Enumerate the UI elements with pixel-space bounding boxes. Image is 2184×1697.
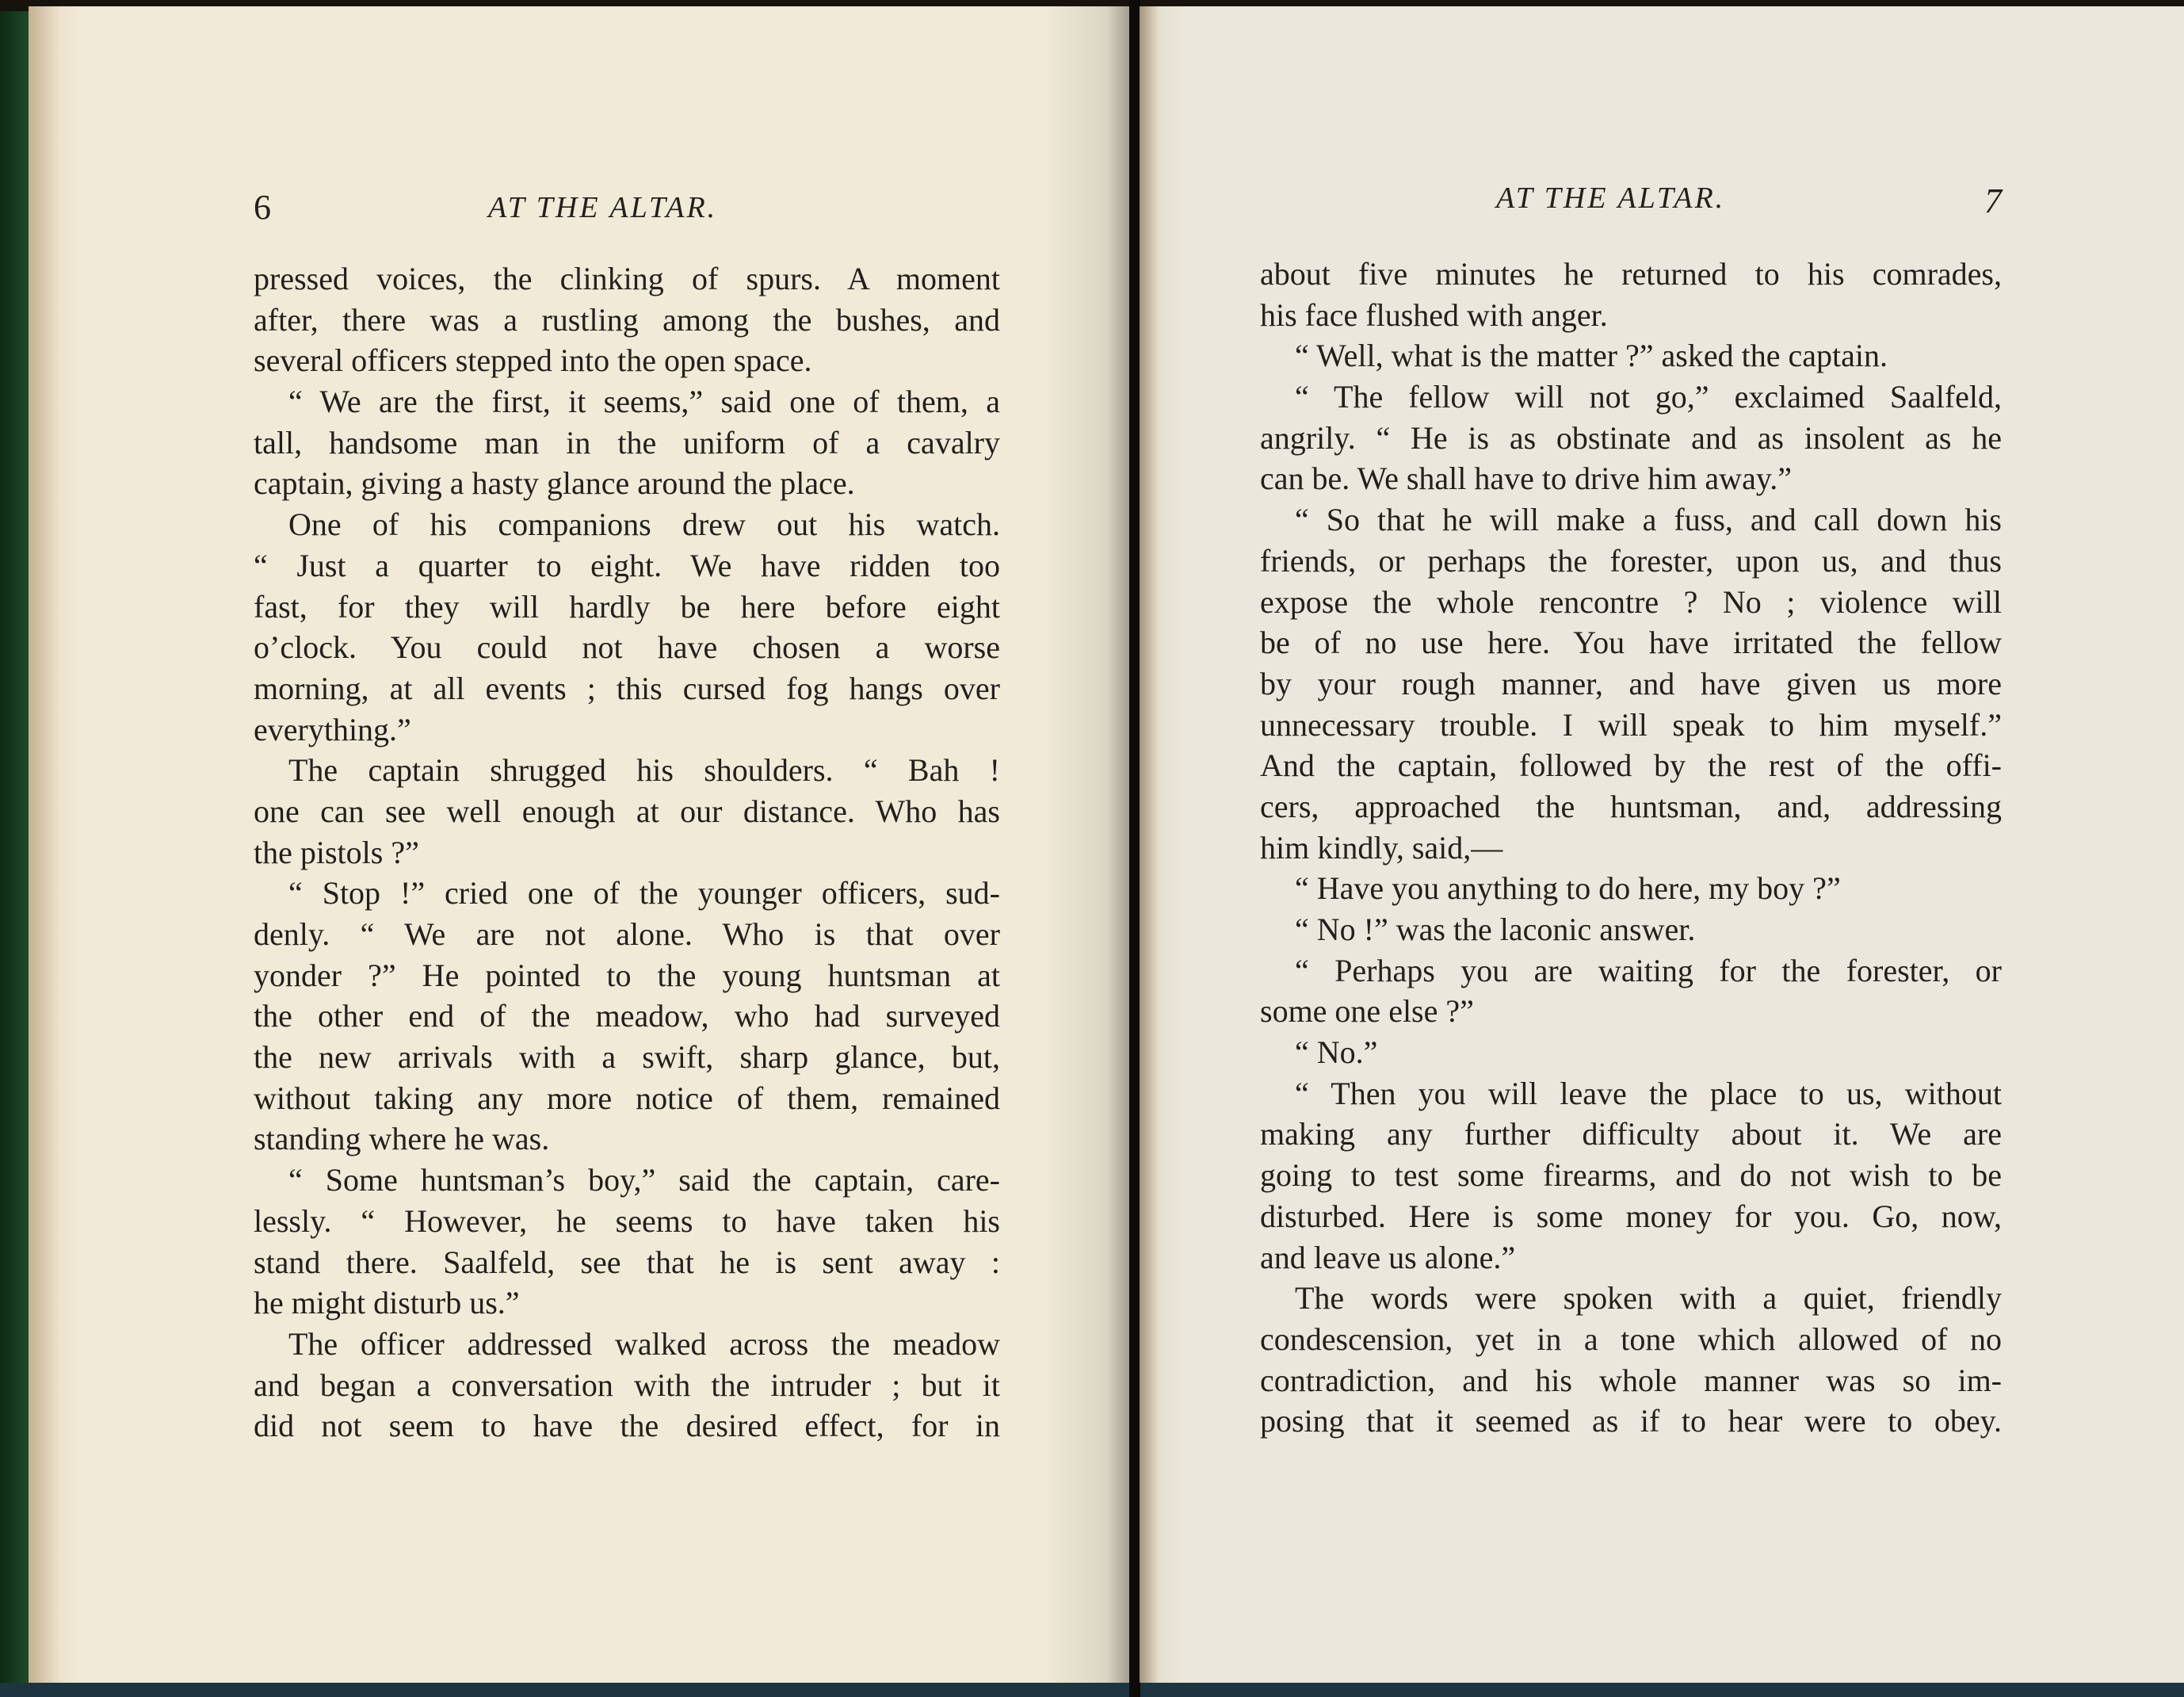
text-line: expose the whole rencontre ? No ; violen… xyxy=(1260,582,2002,623)
text-line: making any further difficulty about it. … xyxy=(1260,1114,2002,1155)
running-head-right: AT THE ALTAR. xyxy=(1496,181,1725,216)
text-line: and leave us alone.” xyxy=(1260,1237,2002,1278)
text-line: the other end of the meadow, who had sur… xyxy=(254,996,1000,1037)
text-line: lessly. “ However, he seems to have take… xyxy=(254,1201,1000,1242)
text-line: cers, approached the huntsman, and, addr… xyxy=(1260,786,2002,827)
book-bottom-edge xyxy=(0,1683,2184,1697)
text-line: morning, at all events ; this cursed fog… xyxy=(254,668,1000,709)
page-number-left: 6 xyxy=(254,187,271,227)
text-line: he might disturb us.” xyxy=(254,1282,1000,1324)
text-line: o’clock. You could not have chosen a wor… xyxy=(254,627,1000,668)
text-line: by your rough manner, and have given us … xyxy=(1260,663,2002,705)
text-line: without taking any more notice of them, … xyxy=(254,1078,1000,1119)
text-line: And the captain, followed by the rest of… xyxy=(1260,745,2002,786)
text-line: the new arrivals with a swift, sharp gla… xyxy=(254,1037,1000,1078)
book-spine-gutter xyxy=(1129,0,1140,1697)
text-line: “ Then you will leave the place to us, w… xyxy=(1260,1073,2002,1114)
text-line: after, there was a rustling among the bu… xyxy=(254,300,1000,341)
text-line: about five minutes he returned to his co… xyxy=(1260,254,2002,295)
text-line: his face flushed with anger. xyxy=(1260,295,2002,336)
text-line: contradiction, and his whole manner was … xyxy=(1260,1360,2002,1401)
left-page-body: pressed voices, the clinking of spurs. A… xyxy=(254,258,1000,1447)
text-line: yonder ?” He pointed to the young huntsm… xyxy=(254,955,1000,996)
text-line: captain, giving a hasty glance around th… xyxy=(254,463,1000,504)
text-line: The words were spoken with a quiet, frie… xyxy=(1260,1278,2002,1319)
text-line: “ We are the first, it seems,” said one … xyxy=(254,381,1000,422)
text-line: “ Have you anything to do here, my boy ?… xyxy=(1260,868,2002,909)
text-line: standing where he was. xyxy=(254,1118,1000,1160)
text-line: one can see well enough at our distance.… xyxy=(254,791,1000,832)
right-page: AT THE ALTAR. 7 about five minutes he re… xyxy=(1140,6,2184,1683)
text-line: unnecessary trouble. I will speak to him… xyxy=(1260,705,2002,746)
text-line: “ So that he will make a fuss, and call … xyxy=(1260,499,2002,541)
text-line: can be. We shall have to drive him away.… xyxy=(1260,458,2002,499)
left-page: 6 AT THE ALTAR. pressed voices, the clin… xyxy=(29,6,1138,1683)
text-line: One of his companions drew out his watch… xyxy=(254,504,1000,545)
text-line: everything.” xyxy=(254,709,1000,751)
text-line: and began a conversation with the intrud… xyxy=(254,1365,1000,1406)
text-line: be of no use here. You have irritated th… xyxy=(1260,622,2002,663)
text-line: disturbed. Here is some money for you. G… xyxy=(1260,1196,2002,1237)
text-line: denly. “ We are not alone. Who is that o… xyxy=(254,914,1000,955)
text-line: “ Just a quarter to eight. We have ridde… xyxy=(254,545,1000,587)
text-line: him kindly, said,— xyxy=(1260,827,2002,869)
text-line: “ Well, what is the matter ?” asked the … xyxy=(1260,335,2002,376)
text-line: “ No.” xyxy=(1260,1032,2002,1073)
text-line: several officers stepped into the open s… xyxy=(254,340,1000,381)
text-line: “ The fellow will not go,” exclaimed Saa… xyxy=(1260,376,2002,418)
text-line: the pistols ?” xyxy=(254,832,1000,873)
text-line: condescension, yet in a tone which allow… xyxy=(1260,1319,2002,1360)
text-line: tall, handsome man in the uniform of a c… xyxy=(254,422,1000,464)
text-line: stand there. Saalfeld, see that he is se… xyxy=(254,1242,1000,1283)
text-line: “ Stop !” cried one of the younger offic… xyxy=(254,873,1000,914)
text-line: The officer addressed walked across the … xyxy=(254,1324,1000,1365)
text-line: “ Perhaps you are waiting for the forest… xyxy=(1260,950,2002,992)
text-line: angrily. “ He is as obstinate and as ins… xyxy=(1260,418,2002,459)
text-line: did not seem to have the desired effect,… xyxy=(254,1405,1000,1447)
text-line: fast, for they will hardly be here befor… xyxy=(254,587,1000,628)
page-number-right: 7 xyxy=(1984,181,2002,221)
right-page-body: about five minutes he returned to his co… xyxy=(1260,254,2002,1442)
text-line: friends, or perhaps the forester, upon u… xyxy=(1260,541,2002,582)
text-line: The captain shrugged his shoulders. “ Ba… xyxy=(254,750,1000,791)
text-line: some one else ?” xyxy=(1260,991,2002,1032)
running-head-left: AT THE ALTAR. xyxy=(488,190,717,225)
text-line: “ No !” was the laconic answer. xyxy=(1260,909,2002,950)
text-line: going to test some firearms, and do not … xyxy=(1260,1155,2002,1196)
text-line: pressed voices, the clinking of spurs. A… xyxy=(254,258,1000,300)
text-line: posing that it seemed as if to hear were… xyxy=(1260,1401,2002,1442)
text-line: “ Some huntsman’s boy,” said the captain… xyxy=(254,1160,1000,1201)
